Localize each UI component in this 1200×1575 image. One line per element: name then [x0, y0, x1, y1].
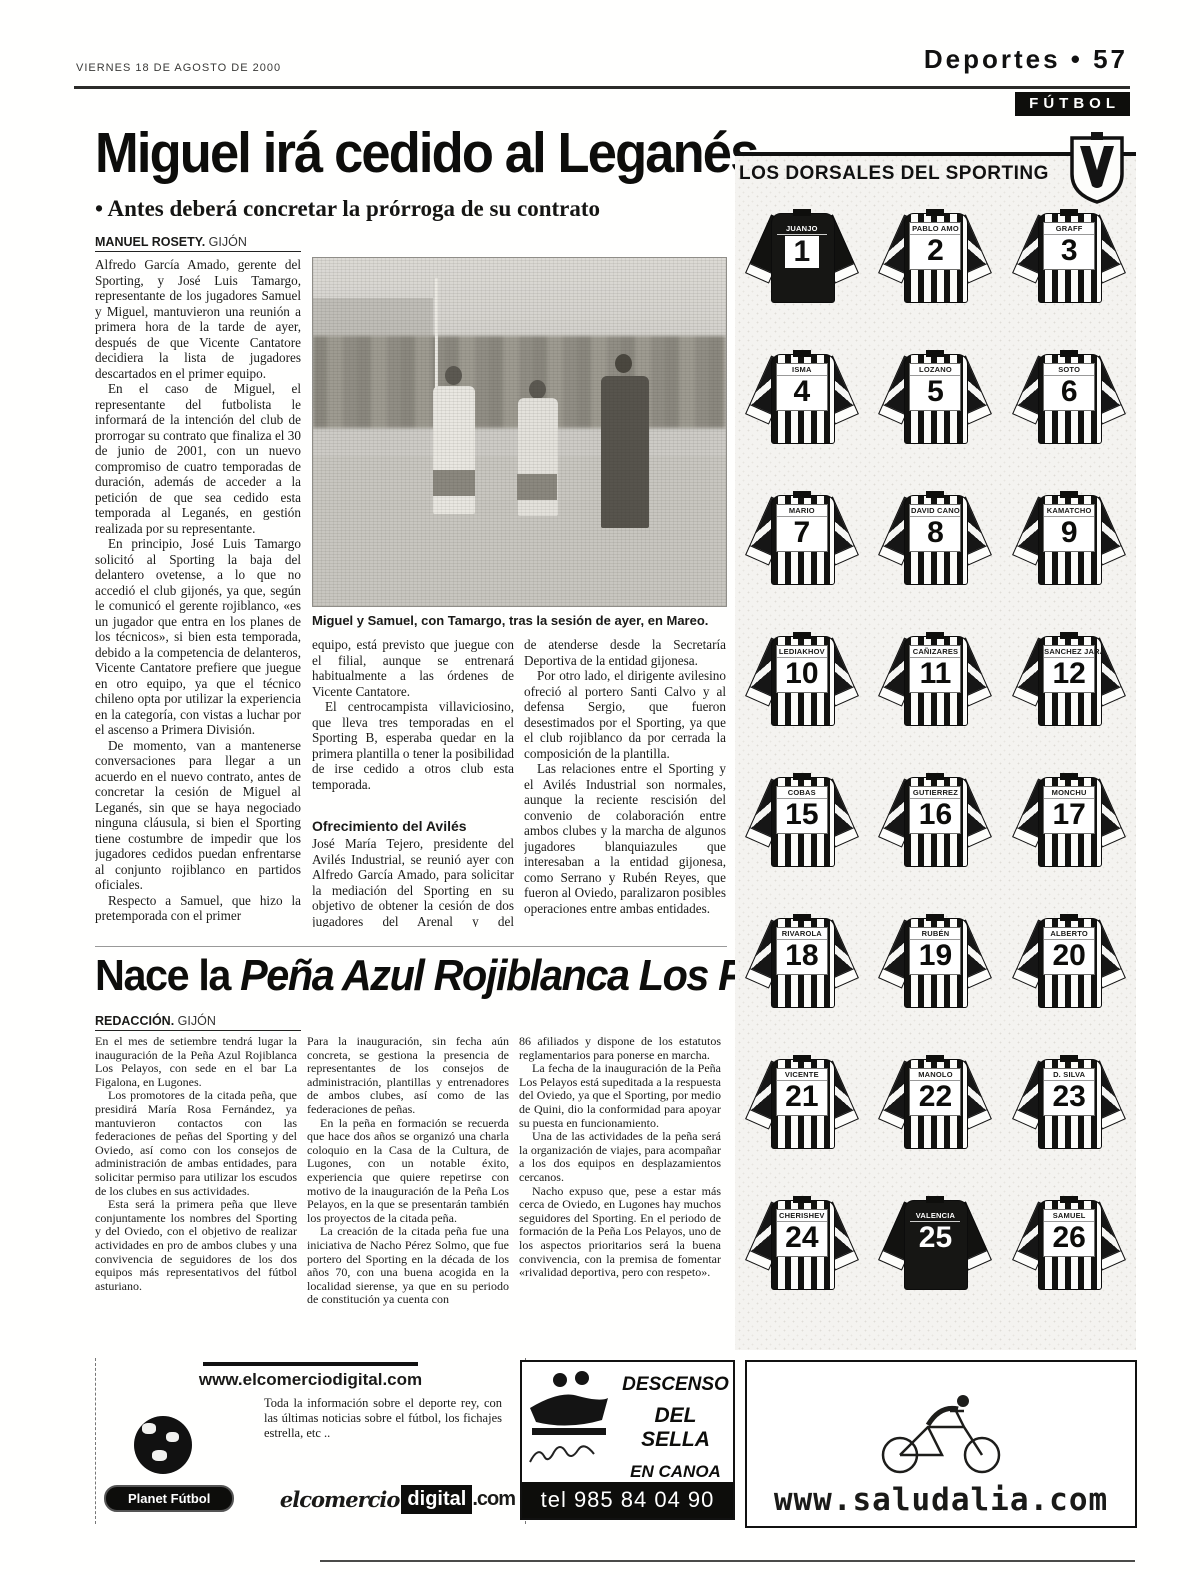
section-topic-badge: FÚTBOL: [1015, 92, 1130, 116]
jersey: ALBERTO20: [1023, 912, 1115, 1016]
paragraph: En el mes de setiembre tendrá lugar la i…: [95, 1035, 297, 1089]
jersey-panel: MARIO7: [776, 504, 828, 552]
jersey: CAÑIZARES11: [889, 630, 981, 734]
jersey-panel: PABLO AMO2: [909, 222, 961, 270]
paragraph: Esta será la primera peña que lleve conj…: [95, 1198, 297, 1293]
paragraph: 86 afiliados y dispone de los estatutos …: [519, 1035, 721, 1062]
jersey: MARIO7: [756, 489, 848, 593]
paragraph: equipo, está previsto que juegue con el …: [312, 637, 514, 699]
paragraph: José María Tejero, presidente del Avilés…: [312, 836, 514, 927]
jersey-number: 16: [910, 799, 960, 831]
jersey-panel: RUBÉN19: [909, 927, 961, 975]
jersey-collar: [793, 1196, 811, 1203]
jersey-16: GUTIERREZ16: [869, 771, 1003, 875]
article1-column-3: de atenderse desde la Secretaría Deporti…: [524, 637, 726, 927]
byline-author: MANUEL ROSETY.: [95, 235, 205, 249]
paragraph: De momento, van a mantenerse conversacio…: [95, 738, 301, 893]
jersey-collar: [793, 914, 811, 921]
jersey: MONCHU17: [1023, 771, 1115, 875]
paragraph: Las relaciones entre el Sporting y el Av…: [524, 761, 726, 916]
jersey-panel: ALBERTO20: [1043, 927, 1095, 975]
jersey-collar: [1060, 209, 1078, 216]
cyclist-icon: [866, 1391, 1016, 1480]
jersey-collar: [926, 632, 944, 639]
jersey-number: 8: [910, 517, 960, 549]
jersey-panel: LOZANO5: [909, 363, 961, 411]
article2-headline: Nace la Peña Azul Rojiblanca Los Pelayos: [95, 951, 689, 1001]
jersey-15: COBAS15: [735, 771, 869, 875]
article2-column-2: Para la inauguración, sin fecha aún conc…: [307, 1035, 509, 1337]
jersey-11: CAÑIZARES11: [869, 630, 1003, 734]
jersey-collar: [793, 632, 811, 639]
planet-futbol-badge: Planet Fútbol: [104, 1485, 234, 1512]
paragraph: La creación de la citada peña fue una in…: [307, 1225, 509, 1307]
article1-byline: MANUEL ROSETY. GIJÓN: [95, 235, 301, 252]
byline-author: REDACCIÓN.: [95, 1014, 174, 1028]
jersey-23: D. SILVA23: [1002, 1053, 1136, 1157]
jersey-panel: CHERISHEV24: [776, 1209, 828, 1257]
jersey-grid: JUANJO1PABLO AMO2GRAFF3ISMA4LOZANO5SOTO6…: [735, 185, 1136, 1298]
jersey-25: VALENCIA25: [869, 1194, 1003, 1298]
jersey-collar: [926, 914, 944, 921]
paragraph: En principio, José Luis Tamargo solicitó…: [95, 536, 301, 738]
jersey-panel: GUTIERREZ16: [909, 786, 961, 834]
jersey-collar: [926, 1055, 944, 1062]
jersey-number: 10: [777, 658, 827, 690]
jersey-number: 26: [1044, 1222, 1094, 1254]
jersey: ISMA4: [756, 348, 848, 452]
jersey-collar: [926, 1196, 944, 1203]
ad-elcomerciodigital: www.elcomerciodigital.com Toda la inform…: [95, 1358, 526, 1524]
jersey: VICENTE21: [756, 1053, 848, 1157]
byline-place: GIJÓN: [174, 1014, 216, 1028]
jersey-7: MARIO7: [735, 489, 869, 593]
ad2-line3: EN CANOA: [618, 1462, 733, 1482]
ad2-line1: DESCENSO: [618, 1374, 733, 1396]
jersey-number: 4: [777, 376, 827, 408]
byline-place: GIJÓN: [205, 235, 247, 249]
article1-body: Alfredo García Amado, gerente del Sporti…: [95, 257, 727, 933]
jersey-18: RIVAROLA18: [735, 912, 869, 1016]
jersey: MANOLO22: [889, 1053, 981, 1157]
jersey-panel: COBAS15: [776, 786, 828, 834]
jersey: SOTO6: [1023, 348, 1115, 452]
dorsales-panel: LOS DORSALES DEL SPORTING JUANJO1PABLO A…: [735, 152, 1136, 1350]
article1-column-2b: José María Tejero, presidente del Avilés…: [312, 836, 514, 927]
jersey-collar: [1060, 773, 1078, 780]
ad1-rule: [203, 1362, 418, 1366]
jersey-9: KAMATCHO9: [1002, 489, 1136, 593]
photo-caption: Miguel y Samuel, con Tamargo, tras la se…: [312, 613, 727, 628]
paragraph: Los promotores de la citada peña, que pr…: [95, 1089, 297, 1198]
jersey-collar: [793, 773, 811, 780]
logo-elcomercio: elcomercio: [280, 1487, 400, 1512]
jersey-number: 22: [910, 1081, 960, 1113]
jersey-number: 25: [910, 1222, 960, 1254]
jersey-17: MONCHU17: [1002, 771, 1136, 875]
article1-lower-columns: equipo, está previsto que juegue con el …: [312, 637, 727, 927]
jersey: D. SILVA23: [1023, 1053, 1115, 1157]
jersey-panel: JUANJO1: [776, 222, 828, 271]
jersey-collar: [1060, 1055, 1078, 1062]
jersey-panel: LEDIAKHOV10: [776, 645, 828, 693]
jersey-panel: MANOLO22: [909, 1068, 961, 1116]
jersey-26: SAMUEL26: [1002, 1194, 1136, 1298]
jersey-collar: [926, 350, 944, 357]
jersey-panel: VALENCIA25: [909, 1209, 961, 1257]
jersey-number: 23: [1044, 1081, 1094, 1113]
jersey-24: CHERISHEV24: [735, 1194, 869, 1298]
jersey-number: 24: [777, 1222, 827, 1254]
masthead-rule: [74, 86, 1130, 89]
jersey-1: JUANJO1: [735, 207, 869, 311]
article2-column-1: En el mes de setiembre tendrá lugar la i…: [95, 1035, 297, 1337]
jersey-panel: SOTO6: [1043, 363, 1095, 411]
paragraph: Nacho expuso que, pese a estar más cerca…: [519, 1185, 721, 1280]
bottom-rule: [320, 1560, 1135, 1562]
paragraph: Una de las actividades de la peña será l…: [519, 1130, 721, 1184]
jersey-panel: DAVID CANO8: [909, 504, 961, 552]
elcomerciodigital-logo: elcomercio digital .com: [280, 1485, 515, 1514]
jersey-panel: GRAFF3: [1043, 222, 1095, 270]
jersey: GUTIERREZ16: [889, 771, 981, 875]
jersey-10: LEDIAKHOV10: [735, 630, 869, 734]
jersey-panel: MONCHU17: [1043, 786, 1095, 834]
logo-com: .com: [472, 1488, 515, 1511]
jersey: RIVAROLA18: [756, 912, 848, 1016]
jersey: DAVID CANO8: [889, 489, 981, 593]
article1-column-1: Alfredo García Amado, gerente del Sporti…: [95, 257, 301, 933]
logo-digital: digital: [401, 1485, 472, 1514]
jersey: CHERISHEV24: [756, 1194, 848, 1298]
jersey-collar: [1060, 350, 1078, 357]
signature-scribble: [528, 1440, 598, 1475]
jersey-number: 15: [777, 799, 827, 831]
jersey-panel: SANCHEZ JARA12: [1043, 645, 1095, 693]
jersey-collar: [1060, 632, 1078, 639]
jersey-panel: RIVAROLA18: [776, 927, 828, 975]
masthead-section: Deportes • 57: [924, 44, 1128, 75]
jersey-6: SOTO6: [1002, 348, 1136, 452]
masthead-date: VIERNES 18 DE AGOSTO DE 2000: [76, 62, 281, 74]
article-pena: Nace la Peña Azul Rojiblanca Los Pelayos…: [95, 946, 727, 1337]
jersey: KAMATCHO9: [1023, 489, 1115, 593]
jersey-collar: [926, 209, 944, 216]
jersey-number: 20: [1044, 940, 1094, 972]
ad1-url: www.elcomerciodigital.com: [104, 1370, 517, 1390]
jersey-collar: [1060, 1196, 1078, 1203]
jersey-19: RUBÉN19: [869, 912, 1003, 1016]
jersey-21: VICENTE21: [735, 1053, 869, 1157]
jersey-number: 11: [910, 658, 960, 690]
article1-crosshead: Ofrecimiento del Avilés: [312, 818, 514, 834]
jersey-number: 17: [1044, 799, 1094, 831]
jersey-12: SANCHEZ JARA12: [1002, 630, 1136, 734]
jersey-3: GRAFF3: [1002, 207, 1136, 311]
jersey-number: 9: [1044, 517, 1094, 549]
jersey-collar: [793, 350, 811, 357]
paragraph: La fecha de la inauguración de la Peña L…: [519, 1062, 721, 1130]
ads-row: www.elcomerciodigital.com Toda la inform…: [95, 1358, 1135, 1522]
jersey: LEDIAKHOV10: [756, 630, 848, 734]
paragraph: El centrocampista villaviciosino, que ll…: [312, 699, 514, 792]
paragraph: Para la inauguración, sin fecha aún conc…: [307, 1035, 509, 1117]
article-photo: [312, 257, 727, 607]
jersey-number: 2: [910, 235, 960, 267]
article1-column-2: equipo, está previsto que juegue con el …: [312, 637, 514, 927]
jersey-number: 19: [910, 940, 960, 972]
jersey: SANCHEZ JARA12: [1023, 630, 1115, 734]
paragraph: En el caso de Miguel, el representante d…: [95, 381, 301, 536]
jersey: GRAFF3: [1023, 207, 1115, 311]
article1-headline: Miguel irá cedido al Leganés: [95, 120, 676, 186]
paragraph: Por otro lado, el dirigente avilesino of…: [524, 668, 726, 761]
jersey-panel: VICENTE21: [776, 1068, 828, 1116]
photo-grain-overlay: [313, 258, 726, 606]
jersey-panel: CAÑIZARES11: [909, 645, 961, 693]
article1-subhead: • Antes deberá concretar la prórroga de …: [95, 196, 727, 222]
jersey-collar: [926, 773, 944, 780]
paragraph: de atenderse desde la Secretaría Deporti…: [524, 637, 726, 668]
jersey-number: 5: [910, 376, 960, 408]
jersey: COBAS15: [756, 771, 848, 875]
article2-byline: REDACCIÓN. GIJÓN: [95, 1014, 301, 1031]
paragraph: Alfredo García Amado, gerente del Sporti…: [95, 257, 301, 381]
jersey: VALENCIA25: [889, 1194, 981, 1298]
newspaper-page: VIERNES 18 DE AGOSTO DE 2000 Deportes • …: [0, 0, 1200, 1575]
jersey-panel: ISMA4: [776, 363, 828, 411]
jersey-collar: [793, 1055, 811, 1062]
jersey-number: 12: [1044, 658, 1094, 690]
ad2-line2: DEL SELLA: [618, 1404, 733, 1452]
jersey: JUANJO1: [756, 207, 848, 311]
article2-headline-prefix: Nace la: [95, 951, 240, 1000]
ad-saludalia: www.saludalia.com: [745, 1360, 1137, 1528]
jersey-player-name: JUANJO: [777, 224, 827, 235]
jersey: SAMUEL26: [1023, 1194, 1115, 1298]
jersey-collar: [793, 209, 811, 216]
jersey-collar: [1060, 491, 1078, 498]
jersey-number: 7: [777, 517, 827, 549]
jersey-number: 21: [777, 1081, 827, 1113]
jersey-8: DAVID CANO8: [869, 489, 1003, 593]
jersey-collar: [1060, 914, 1078, 921]
jersey-5: LOZANO5: [869, 348, 1003, 452]
soccer-ball-icon: [134, 1416, 192, 1474]
jersey-collar: [926, 491, 944, 498]
jersey: PABLO AMO2: [889, 207, 981, 311]
jersey-panel: SAMUEL26: [1043, 1209, 1095, 1257]
article2-columns: En el mes de setiembre tendrá lugar la i…: [95, 1035, 727, 1337]
jersey-number: 18: [777, 940, 827, 972]
ad2-phone: tel 985 84 04 90: [522, 1482, 733, 1518]
article-miguel: Miguel irá cedido al Leganés • Antes deb…: [95, 120, 727, 933]
jersey-number: 6: [1044, 376, 1094, 408]
paragraph: En la peña en formación se recuerda que …: [307, 1117, 509, 1226]
jersey-panel: D. SILVA23: [1043, 1068, 1095, 1116]
article1-column-2a: equipo, está previsto que juegue con el …: [312, 637, 514, 792]
sporting-crest-icon: [1068, 132, 1126, 209]
jersey-2: PABLO AMO2: [869, 207, 1003, 311]
article2-column-3: 86 afiliados y dispone de los estatutos …: [519, 1035, 721, 1337]
jersey-panel: KAMATCHO9: [1043, 504, 1095, 552]
jersey-collar: [793, 491, 811, 498]
jersey-22: MANOLO22: [869, 1053, 1003, 1157]
jersey-number: 3: [1044, 235, 1094, 267]
article1-right: Miguel y Samuel, con Tamargo, tras la se…: [312, 257, 727, 933]
jersey-4: ISMA4: [735, 348, 869, 452]
jersey: RUBÉN19: [889, 912, 981, 1016]
jersey-20: ALBERTO20: [1002, 912, 1136, 1016]
ad3-url: www.saludalia.com: [774, 1482, 1108, 1518]
ad1-text: Toda la información sobre el deporte rey…: [264, 1396, 502, 1441]
paragraph: Respecto a Samuel, que hizo la pretempor…: [95, 893, 301, 924]
jersey: LOZANO5: [889, 348, 981, 452]
jersey-number: 1: [785, 236, 819, 268]
ad-descenso-sella: DESCENSO DEL SELLA EN CANOA tel 985 84 0…: [520, 1360, 735, 1520]
